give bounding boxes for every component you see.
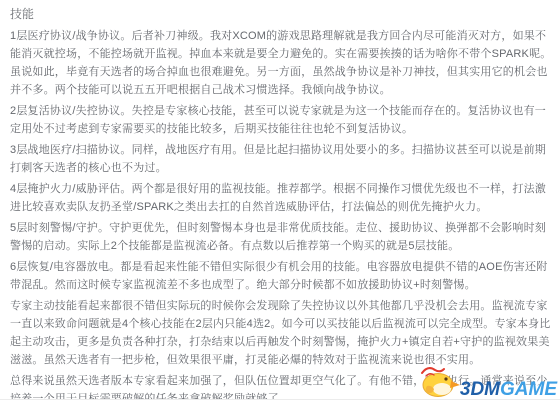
watermark-brand-primary: 3DM <box>460 379 500 400</box>
paragraph-skill-rank1: 1层医疗协议/战争协议。后者补刀神级。我对XCOM的游戏思路理解就是我方回合内尽… <box>10 27 552 99</box>
paragraph-skill-rank2: 2层复活协议/失控协议。失控是专家核心技能，甚至可以说专家就是为这一个技能而存在… <box>10 102 552 138</box>
watermark-brand-secondary: GAME <box>500 379 557 400</box>
watermark-brand-text: 3DMGAME <box>460 380 557 399</box>
section-heading-skills: 技能 <box>10 5 552 23</box>
paragraph-skill-rank4: 4层掩护火力/威胁评估。两个都是很好用的监视技能。推荐都学。根据不同操作习惯优先… <box>10 180 552 216</box>
paragraph-skill-rank6: 6层恢复/电容器放电。都是看起来性能不错但实际很少有机会用的技能。电容器放电提供… <box>10 258 552 294</box>
paragraph-skill-rank5: 5层时刻警惕/守护。守护更优先，但时刻警惕本身也是非常优质技能。走位、援助协议、… <box>10 219 552 255</box>
site-watermark: 3DMGAME <box>414 364 557 399</box>
article-page: 技能 1层医疗协议/战争协议。后者补刀神级。我对XCOM的游戏思路理解就是我方回… <box>0 0 560 400</box>
paragraph-skill-rank3: 3层战地医疗/扫描协议。同样，战地医疗有用。但是比起扫描协议用处要小的多。扫描协… <box>10 141 552 177</box>
chick-mascot-icon <box>414 364 466 398</box>
paragraph-skill-summary: 专家主动技能看起来都很不错但实际玩的时候你会发现除了失控协议以外其他都几乎没机会… <box>10 297 552 369</box>
